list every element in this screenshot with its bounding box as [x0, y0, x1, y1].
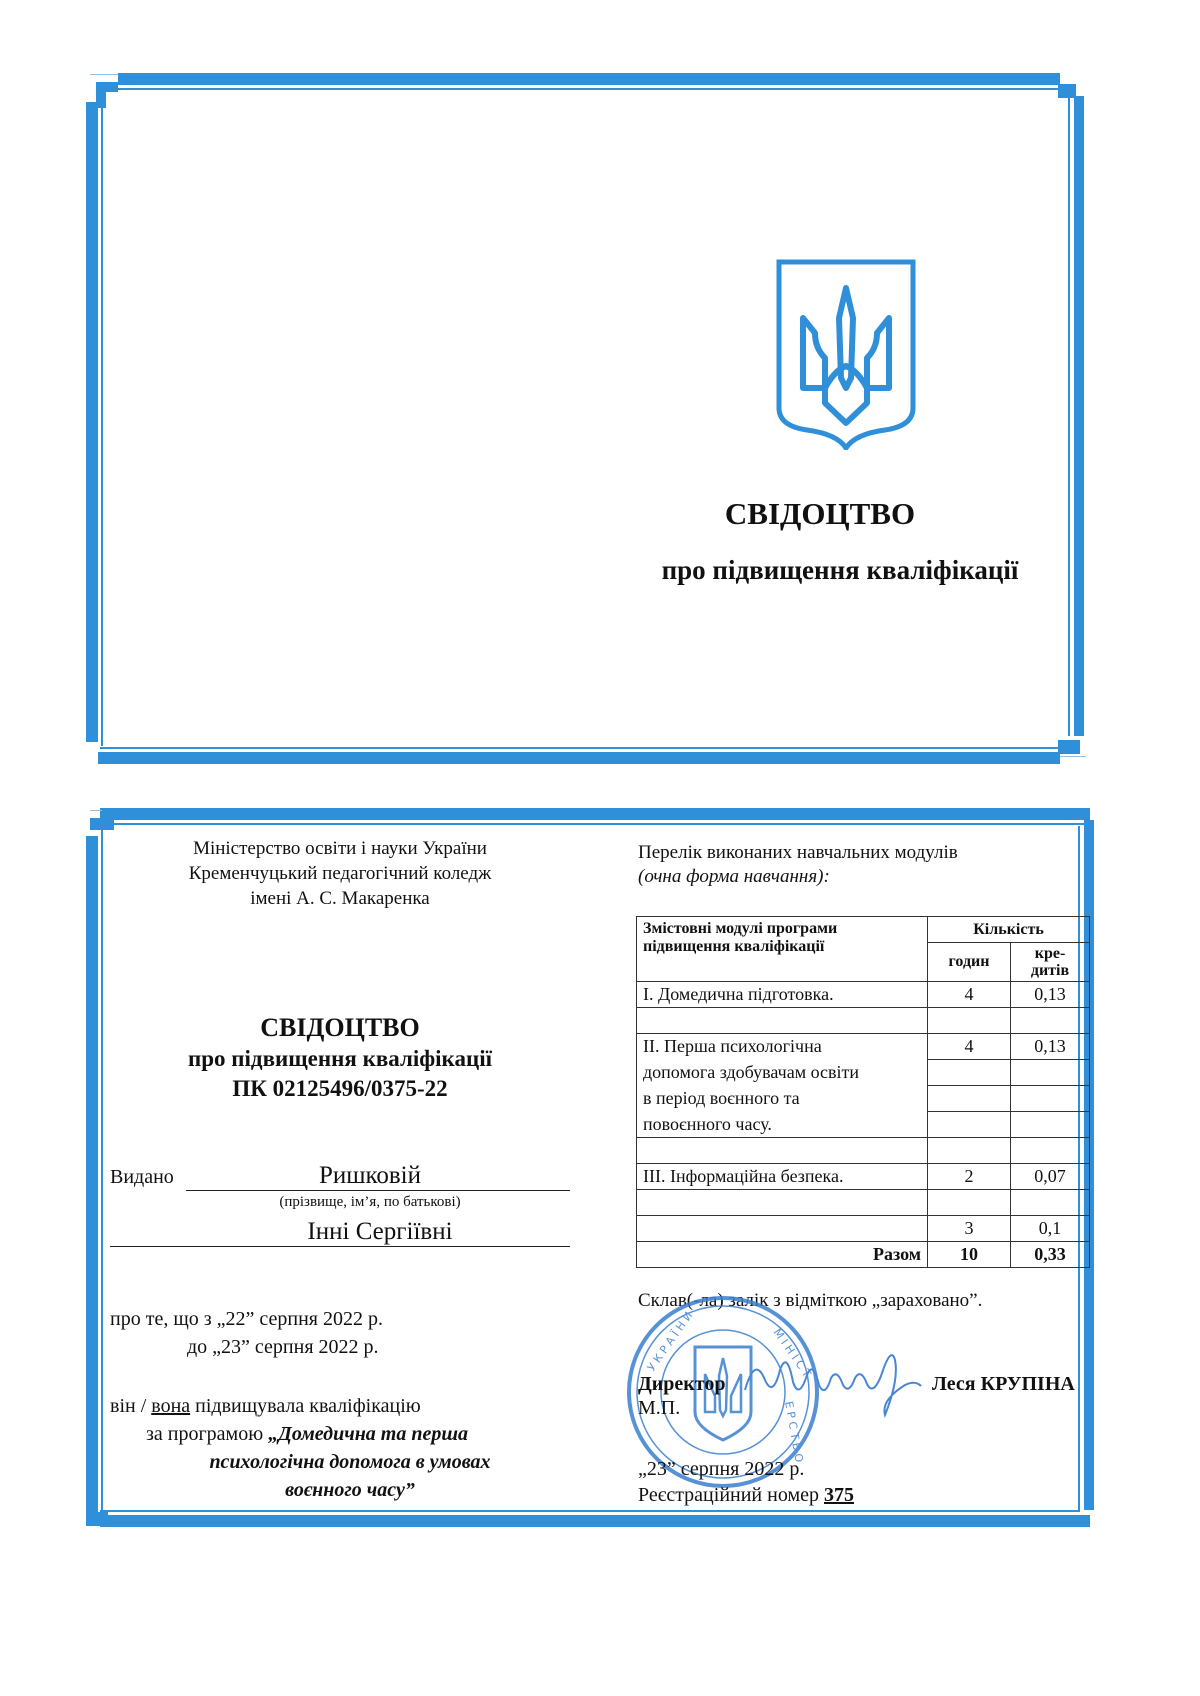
credits-cell: [1011, 1112, 1090, 1138]
total-hours: 10: [928, 1242, 1011, 1268]
table-row: [637, 1190, 1090, 1216]
modules-form: (очна форма навчання):: [638, 865, 958, 889]
total-credits: 0,33: [1011, 1242, 1090, 1268]
registration-number: Реєстраційний номер 375: [638, 1484, 854, 1507]
credits-cell: 0,1: [1011, 1216, 1090, 1242]
director-label: Директор: [638, 1373, 726, 1396]
program-line-1: за програмою „Домедична та перша: [110, 1420, 570, 1448]
recipient-surname: Ришковій: [250, 1162, 490, 1190]
modules-table: Змістовні модулі програми підвищення ква…: [636, 916, 1090, 1268]
program-name-2: психологічна допомога в умовах: [110, 1448, 570, 1476]
given-names-line: [110, 1246, 570, 1247]
hours-cell: 2: [928, 1164, 1011, 1190]
pronoun-line: він / вона підвищувала кваліфікацію: [110, 1392, 570, 1420]
program-block: він / вона підвищувала кваліфікацію за п…: [110, 1392, 570, 1504]
program-name-1: „Домедична та перша: [268, 1423, 468, 1445]
registration-number-value: 375: [824, 1484, 854, 1506]
certificate-heading: СВІДОЦТВО про підвищення кваліфікації ПК…: [100, 1012, 580, 1104]
credits-cell: [1011, 1060, 1090, 1086]
credits-cell: [1011, 1190, 1090, 1216]
hours-cell: [928, 1060, 1011, 1086]
seal-label: М.П.: [638, 1397, 680, 1420]
program-name-3: воєнного часу”: [110, 1476, 570, 1504]
svg-text:Е Р С Т В О: Е Р С Т В О: [782, 1400, 806, 1463]
table-row: повоєнного часу.: [637, 1112, 1090, 1138]
issued-label: Видано: [110, 1166, 174, 1189]
table-row: ІІІ. Інформаційна безпека.20,07: [637, 1164, 1090, 1190]
pronoun-selected: вона: [151, 1395, 190, 1417]
header-quantity: Кількість: [928, 917, 1090, 943]
credits-cell: 0,13: [1011, 982, 1090, 1008]
table-row: в період воєнного та: [637, 1086, 1090, 1112]
recipient-given-names: Інні Сергіївні: [270, 1218, 490, 1246]
table-row: ІІ. Перша психологічна40,13: [637, 1034, 1090, 1060]
hours-cell: [928, 1008, 1011, 1034]
cover-title: СВІДОЦТВО: [640, 496, 1000, 532]
header-modules: Змістовні модулі програми підвищення ква…: [637, 917, 928, 982]
hours-cell: [928, 1112, 1011, 1138]
college-name: Кременчуцький педагогічний коледж: [120, 861, 560, 886]
training-period: про те, що з „22” серпня 2022 р. до „23”…: [110, 1305, 383, 1361]
date-from: про те, що з „22” серпня 2022 р.: [110, 1305, 383, 1333]
table-row: І. Домедична підготовка.40,13: [637, 982, 1090, 1008]
module-cell: І. Домедична підготовка.: [637, 982, 928, 1008]
module-cell: допомога здобувачам освіти: [637, 1060, 928, 1086]
hours-cell: [928, 1190, 1011, 1216]
credits-cell: [1011, 1086, 1090, 1112]
college-name-2: імені А. С. Макаренка: [120, 886, 560, 911]
module-cell: [637, 1216, 928, 1242]
modules-heading: Перелік виконаних навчальних модулів (оч…: [638, 841, 958, 889]
module-cell: [637, 1008, 928, 1034]
module-cell: ІІ. Перша психологічна: [637, 1034, 928, 1060]
header-hours: годин: [928, 943, 1011, 982]
svg-text:М І Н І С Т: М І Н І С Т: [771, 1326, 814, 1380]
table-total-row: Разом 10 0,33: [637, 1242, 1090, 1268]
credits-cell: 0,07: [1011, 1164, 1090, 1190]
module-cell: ІІІ. Інформаційна безпека.: [637, 1164, 928, 1190]
svg-text:У К Р А Ї Н И: У К Р А Ї Н И: [645, 1309, 695, 1373]
hours-cell: [928, 1086, 1011, 1112]
certificate-subtitle: про підвищення кваліфікації: [100, 1044, 580, 1074]
credits-cell: [1011, 1008, 1090, 1034]
issuer-block: Міністерство освіти і науки України Крем…: [120, 836, 560, 911]
table-row: 30,1: [637, 1216, 1090, 1242]
header-credits: кре-дитів: [1011, 943, 1090, 982]
surname-line: [186, 1190, 570, 1191]
credits-cell: 0,13: [1011, 1034, 1090, 1060]
table-row: допомога здобувачам освіти: [637, 1060, 1090, 1086]
total-label: Разом: [637, 1242, 928, 1268]
table-row: [637, 1138, 1090, 1164]
signature-date: „23” серпня 2022 р.: [638, 1458, 804, 1481]
ministry-name: Міністерство освіти і науки України: [120, 836, 560, 861]
module-cell: в період воєнного та: [637, 1086, 928, 1112]
director-name: Леся КРУПІНА: [932, 1373, 1075, 1396]
certificate-title: СВІДОЦТВО: [100, 1012, 580, 1044]
signature-icon: [735, 1340, 935, 1420]
module-cell: [637, 1138, 928, 1164]
credit-statement: Склав(-ла) залік з відміткою „зараховано…: [638, 1290, 982, 1312]
hours-cell: 4: [928, 982, 1011, 1008]
cover-subtitle: про підвищення кваліфікації: [620, 555, 1060, 586]
trident-coat-of-arms-icon: [775, 258, 917, 450]
module-cell: [637, 1190, 928, 1216]
table-row: [637, 1008, 1090, 1034]
module-cell: повоєнного часу.: [637, 1112, 928, 1138]
credits-cell: [1011, 1138, 1090, 1164]
certificate-number: ПК 02125496/0375-22: [100, 1074, 580, 1104]
hours-cell: 3: [928, 1216, 1011, 1242]
modules-title: Перелік виконаних навчальних модулів: [638, 841, 958, 865]
hours-cell: [928, 1138, 1011, 1164]
date-to: до „23” серпня 2022 р.: [110, 1333, 383, 1361]
name-hint: (прізвище, ім’я, по батькові): [230, 1194, 510, 1211]
hours-cell: 4: [928, 1034, 1011, 1060]
